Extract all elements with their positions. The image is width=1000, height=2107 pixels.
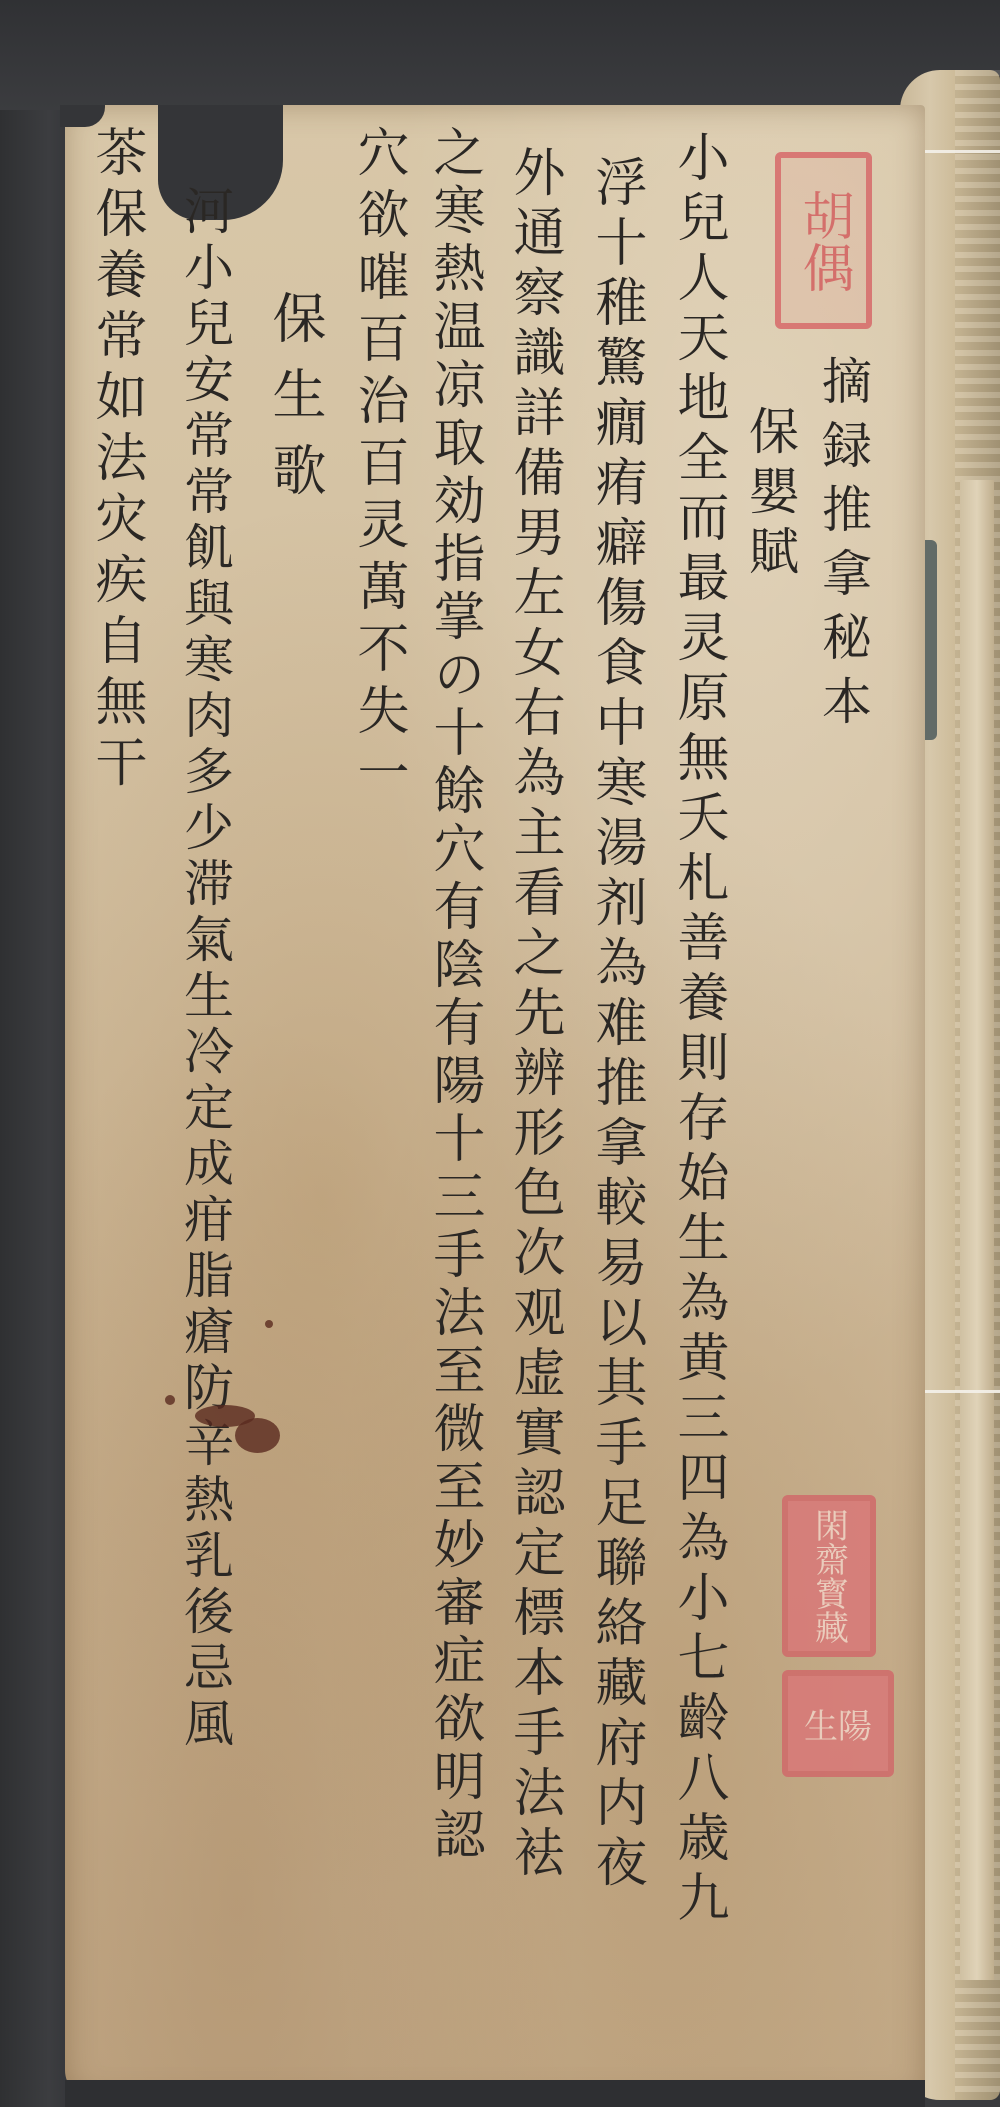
text-column-4: 之寒熱温凉取効指掌の十餘穴有陰有陽十三手法至微至妙審症欲明認 xyxy=(428,125,480,2085)
binding-thread xyxy=(920,150,1000,153)
seal-bottom: 生陽 xyxy=(782,1670,894,1777)
section-heading-baosheng-ge: 保生歌 xyxy=(268,290,322,518)
text-column-3: 外通察識詳備男左女右為主看之先辨形色次观虚實認定標本手法袪 xyxy=(508,145,560,2085)
background-left xyxy=(0,0,70,2107)
section-heading-baoying-fu: 保嬰賦 xyxy=(745,405,795,585)
background-top xyxy=(0,0,1000,110)
stacked-pages-edge xyxy=(960,480,994,1980)
text-column-5: 穴欲嗺百治百灵萬不失一 xyxy=(352,125,404,807)
manuscript-title: 摘録推拿秘本 xyxy=(818,355,868,739)
text-column-7: 茶保養常如法灾疾自無干 xyxy=(90,125,142,796)
ink-stain xyxy=(265,1320,273,1328)
seal-top: 胡偶 xyxy=(775,152,872,329)
binding-thread xyxy=(920,1390,1000,1393)
ink-stain xyxy=(165,1395,175,1405)
ink-stain xyxy=(235,1418,280,1453)
text-column-1: 小兒人天地全而最灵原無夭札善養則存始生為黄三四為小七齡八歳九 xyxy=(672,130,724,2080)
text-column-6: 河小兒安常常飢與寒肉多少滞氣生冷定成疳脂瘡防辛熱乳後忌風 xyxy=(180,185,230,2085)
seal-mid: 閑齋寳藏 xyxy=(782,1495,876,1657)
text-column-2: 浮十稚驚癇痏癖傷食中寒湯剂為难推拿較易以其手足聯絡藏府内夜 xyxy=(590,155,642,2085)
